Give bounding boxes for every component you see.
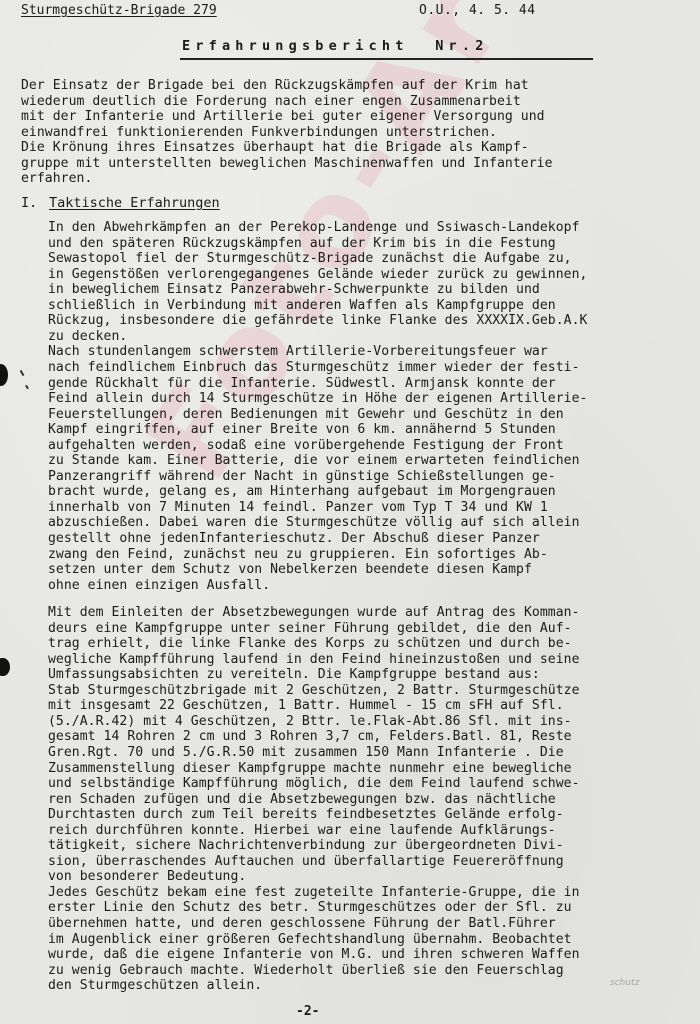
pencil-annotation: schutz (610, 978, 639, 988)
text-line: wiederum deutlich die Forderung nach ein… (21, 94, 521, 109)
text-line: Feind allein durch 14 Sturmgeschütze in … (48, 391, 587, 406)
text-line: Kampf eingriffen, auf einer Breite von 6… (48, 422, 556, 437)
text-line: zu Stande kam. Einer Batterie, die vor e… (48, 453, 580, 468)
section-number: I. (21, 195, 37, 211)
text-line: mit der Infanterie und Artillerie bei gu… (21, 109, 545, 124)
text-line: in Gegenstößen verlorengegangenes Geländ… (48, 267, 587, 282)
text-line: Die Krönung ihres Einsatzes überhaupt ha… (21, 140, 529, 155)
text-line: setzen unter dem Schutz von Nebelkerzen … (48, 562, 532, 577)
punch-hole-mark (0, 364, 8, 386)
text-line: In den Abwehrkämpfen an der Perekop-Land… (48, 220, 580, 235)
text-line: zu wenig Gebrauch machte. Wiederholt übe… (48, 963, 564, 978)
text-line: wurde, daß die eigene Infanterie von M.G… (48, 947, 580, 962)
text-line: bracht wurde, gelang es, am Hinterhang a… (48, 484, 556, 499)
page-number: -2- (296, 1004, 319, 1019)
document-title: Erfahrungsbericht Nr.2 (182, 38, 489, 54)
text-line: Gren.Rgt. 70 und 5./G.R.50 mit zusammen … (48, 745, 564, 760)
text-line: ohne einen einzigen Ausfall. (48, 578, 270, 593)
text-line: erfahren. (21, 171, 92, 186)
text-line: reich durchführen konnte. Hierbei war ei… (48, 823, 556, 838)
text-line: Zusammenstellung dieser Kampfgruppe mach… (48, 761, 572, 776)
text-line: gestellt ohne jedenInfanterieschutz. Der… (48, 531, 540, 546)
text-line: zu decken. (48, 329, 127, 344)
text-line: ren Schaden zufügen und die Absetzbewegu… (48, 792, 556, 807)
unit-heading: Sturmgeschütz-Brigade 279 (21, 3, 217, 18)
text-line: gesamt 14 Rohren 2 cm und 3 Rohren 3,7 c… (48, 729, 572, 744)
text-line: (5./A.R.42) mit 4 Geschützen, 2 Bttr. le… (48, 714, 572, 729)
text-line: Nach stundenlangem schwerstem Artillerie… (48, 344, 548, 359)
title-underline (180, 58, 593, 60)
text-line: deurs eine Kampfgruppe unter seiner Führ… (48, 621, 572, 636)
text-line: aufgehalten werden, sodaß eine vorüberge… (48, 438, 564, 453)
margin-mark (20, 370, 25, 376)
punch-hole-mark (0, 658, 10, 676)
text-line: mit insgesamt 22 Geschützen, 1 Battr. Hu… (48, 698, 564, 713)
section-title: Taktische Erfahrungen (49, 195, 220, 211)
text-line: im Augenblick einer größeren Gefechtshan… (48, 932, 572, 947)
text-line: innerhalb von 7 Minuten 14 feindl. Panze… (48, 500, 548, 515)
text-line: Durchtasten durch zum Teil bereits feind… (48, 807, 564, 822)
margin-mark (25, 385, 29, 389)
text-line: übernehmen hatte, und deren geschlossene… (48, 916, 556, 931)
text-line: den Sturmgeschützen allein. (48, 978, 262, 993)
text-line: sion, überraschendes Auftauchen und über… (48, 854, 564, 869)
text-line: einwandfrei funktionierenden Funkverbind… (21, 125, 497, 140)
text-line: gruppe mit unterstellten beweglichen Mas… (21, 156, 553, 171)
text-line: wegliche Kampfführung laufend in den Fei… (48, 652, 580, 667)
text-line: Panzerangriff während der Nacht in günst… (48, 469, 556, 484)
text-line: Der Einsatz der Brigade bei den Rückzugs… (21, 78, 529, 93)
text-line: von besonderer Bedeutung. (48, 869, 246, 884)
place-date: O.U., 4. 5. 44 (419, 3, 536, 18)
text-line: tätigkeit, sichere Nachrichtenverbindung… (48, 838, 564, 853)
text-line: trag erhielt, die linke Flanke des Korps… (48, 636, 572, 651)
text-line: Mit dem Einleiten der Absetzbewegungen w… (48, 605, 580, 620)
text-line: Umfassungsabsichten zu vereiteln. Die Ka… (48, 667, 540, 682)
document-page: Sturmgeschütz-Brigade 279 O.U., 4. 5. 44… (0, 0, 700, 1024)
text-line: Sewastopol fiel der Sturmgeschütz-Brigad… (48, 251, 572, 266)
text-line: Rückzug, insbesondere die gefährdete lin… (48, 313, 587, 328)
text-line: Feuerstellungen, deren Bedienungen mit G… (48, 407, 564, 422)
text-line: Stab Sturmgeschützbrigade mit 2 Geschütz… (48, 683, 580, 698)
text-line: nach feindlichem Einbruch das Sturmgesch… (48, 360, 580, 375)
text-line: schließlich in Verbindung mit anderen Wa… (48, 298, 556, 313)
text-line: und den späteren Rückzugskämpfen auf der… (48, 236, 556, 251)
text-line: abzuschießen. Dabei waren die Sturmgesch… (48, 515, 580, 530)
text-line: zwang den Feind, zunächst neu zu gruppie… (48, 547, 548, 562)
text-line: gende Rückhalt für die Infanterie. Südwe… (48, 376, 556, 391)
text-line: in beweglichem Einsatz Panzerabwehr-Schw… (48, 282, 540, 297)
text-line: Jedes Geschütz bekam eine fest zugeteilt… (48, 885, 580, 900)
text-line: und selbständige Kampfführung möglich, d… (48, 776, 580, 791)
text-line: erster Linie den Schutz des betr. Sturmg… (48, 900, 572, 915)
